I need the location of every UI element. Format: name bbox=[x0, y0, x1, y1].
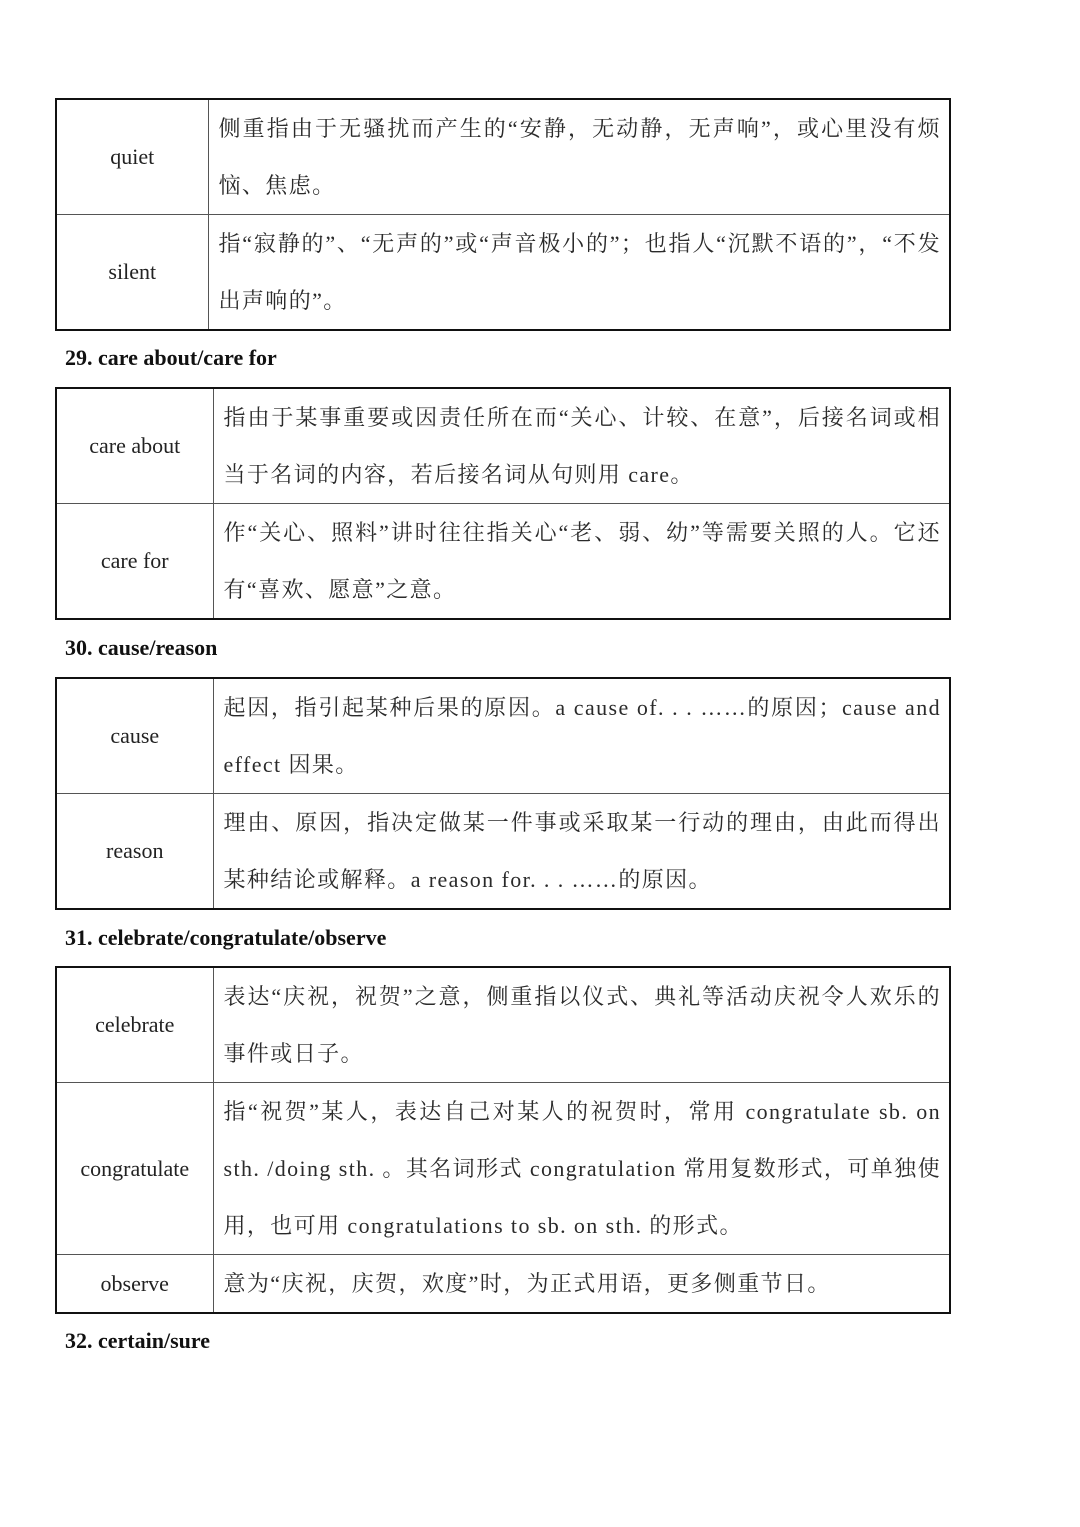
term-cell: cause bbox=[56, 678, 213, 794]
document-page: quiet 侧重指由于无骚扰而产生的“安静，无动静，无声响”，或心里没有烦恼、焦… bbox=[0, 0, 1080, 1527]
table-row: care for 作“关心、照料”讲时往往指关心“老、弱、幼”等需要关照的人。它… bbox=[56, 504, 950, 620]
vocab-table-quiet-silent: quiet 侧重指由于无骚扰而产生的“安静，无动静，无声响”，或心里没有烦恼、焦… bbox=[55, 98, 951, 331]
term-cell: silent bbox=[56, 215, 208, 331]
table-row: silent 指“寂静的”、“无声的”或“声音极小的”；也指人“沉默不语的”，“… bbox=[56, 215, 950, 331]
term-cell: care for bbox=[56, 504, 213, 620]
definition-cell: 意为“庆祝，庆贺，欢度”时，为正式用语，更多侧重节日。 bbox=[213, 1255, 950, 1314]
definition-cell: 侧重指由于无骚扰而产生的“安静，无动静，无声响”，或心里没有烦恼、焦虑。 bbox=[208, 99, 950, 215]
definition-cell: 指由于某事重要或因责任所在而“关心、计较、在意”，后接名词或相当于名词的内容，若… bbox=[213, 388, 950, 504]
table-row: congratulate 指“祝贺”某人，表达自己对某人的祝贺时，常用 cong… bbox=[56, 1083, 950, 1255]
table-row: quiet 侧重指由于无骚扰而产生的“安静，无动静，无声响”，或心里没有烦恼、焦… bbox=[56, 99, 950, 215]
section-heading-29: 29. care about/care for bbox=[65, 345, 277, 371]
table-row: celebrate 表达“庆祝，祝贺”之意，侧重指以仪式、典礼等活动庆祝令人欢乐… bbox=[56, 967, 950, 1083]
table-row: reason 理由、原因，指决定做某一件事或采取某一行动的理由，由此而得出某种结… bbox=[56, 794, 950, 910]
vocab-table-cause-reason: cause 起因，指引起某种后果的原因。a cause of. . . ……的原… bbox=[55, 677, 951, 910]
definition-cell: 指“寂静的”、“无声的”或“声音极小的”；也指人“沉默不语的”，“不发出声响的”… bbox=[208, 215, 950, 331]
definition-cell: 指“祝贺”某人，表达自己对某人的祝贺时，常用 congratulate sb. … bbox=[213, 1083, 950, 1255]
definition-cell: 起因，指引起某种后果的原因。a cause of. . . ……的原因；caus… bbox=[213, 678, 950, 794]
section-heading-32: 32. certain/sure bbox=[65, 1328, 210, 1354]
table-row: observe 意为“庆祝，庆贺，欢度”时，为正式用语，更多侧重节日。 bbox=[56, 1255, 950, 1314]
vocab-table-celebrate: celebrate 表达“庆祝，祝贺”之意，侧重指以仪式、典礼等活动庆祝令人欢乐… bbox=[55, 966, 951, 1314]
section-heading-30: 30. cause/reason bbox=[65, 635, 217, 661]
definition-cell: 理由、原因，指决定做某一件事或采取某一行动的理由，由此而得出某种结论或解释。a … bbox=[213, 794, 950, 910]
definition-cell: 作“关心、照料”讲时往往指关心“老、弱、幼”等需要关照的人。它还有“喜欢、愿意”… bbox=[213, 504, 950, 620]
term-cell: congratulate bbox=[56, 1083, 213, 1255]
term-cell: observe bbox=[56, 1255, 213, 1314]
term-cell: celebrate bbox=[56, 967, 213, 1083]
term-cell: reason bbox=[56, 794, 213, 910]
table-row: care about 指由于某事重要或因责任所在而“关心、计较、在意”，后接名词… bbox=[56, 388, 950, 504]
definition-cell: 表达“庆祝，祝贺”之意，侧重指以仪式、典礼等活动庆祝令人欢乐的事件或日子。 bbox=[213, 967, 950, 1083]
table-row: cause 起因，指引起某种后果的原因。a cause of. . . ……的原… bbox=[56, 678, 950, 794]
term-cell: care about bbox=[56, 388, 213, 504]
term-cell: quiet bbox=[56, 99, 208, 215]
vocab-table-care: care about 指由于某事重要或因责任所在而“关心、计较、在意”，后接名词… bbox=[55, 387, 951, 620]
section-heading-31: 31. celebrate/congratulate/observe bbox=[65, 925, 386, 951]
